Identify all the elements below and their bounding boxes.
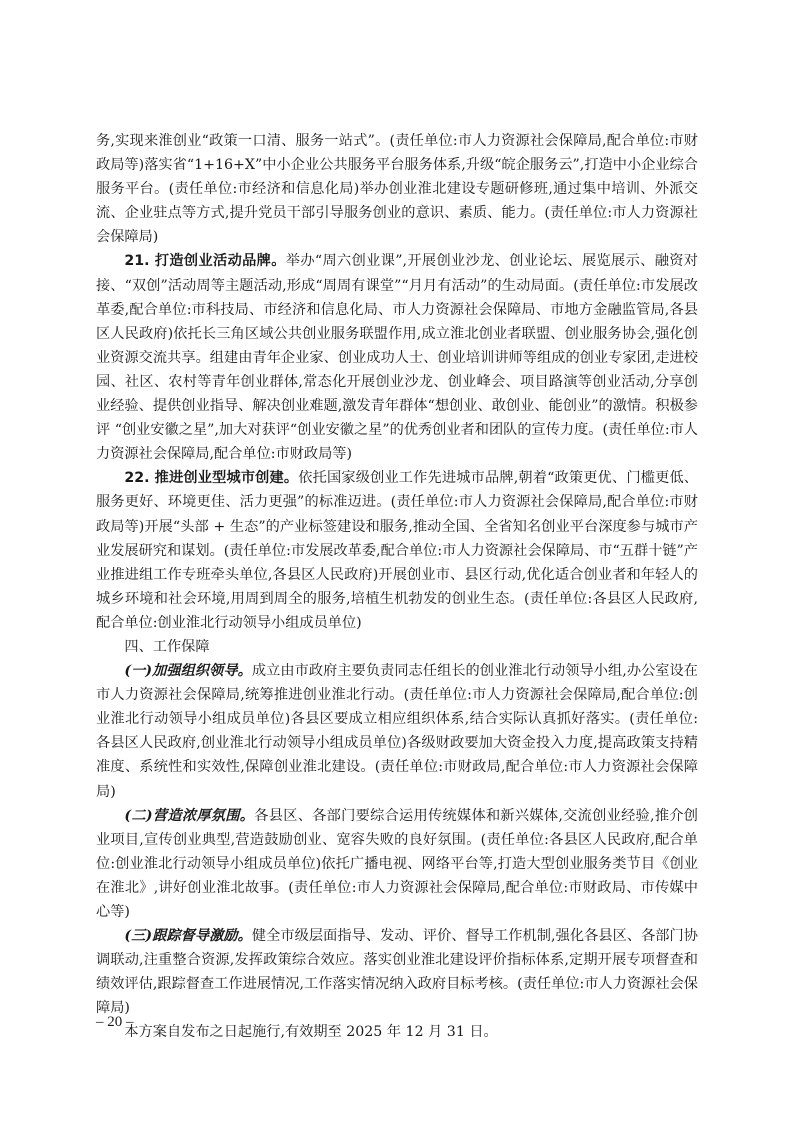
paragraph-continuation: 务,实现来淮创业“政策一口清、服务一站式”。(责任单位:市人力资源社会保障局,配… [96,129,698,249]
subitem-1: (一)加强组织领导。成立由市政府主要负责同志任组长的创业淮北行动领导小组,办公室… [96,659,698,804]
item-21-text: 举办“周六创业课”,开展创业沙龙、创业论坛、展览展示、融资对接、“双创”活动周等… [96,253,698,462]
item-21: 21. 打造创业活动品牌。举办“周六创业课”,开展创业沙龙、创业论坛、展览展示、… [96,249,698,466]
item-21-heading: 21. 打造创业活动品牌。 [124,253,285,269]
item-22-heading: 22. 推进创业型城市创建。 [124,470,298,486]
subitem-2: (二)营造浓厚氛围。各县区、各部门要综合运用传统媒体和新兴媒体,交流创业经验,推… [96,804,698,924]
closing-statement: 本方案自发布之日起施行,有效期至 2025 年 12 月 31 日。 [96,1020,698,1044]
subitem-3-heading: (三)跟踪督导激励。 [124,928,252,944]
subitem-1-text: 成立由市政府主要负责同志任组长的创业淮北行动领导小组,办公室设在市人力资源社会保… [96,663,698,799]
subitem-1-heading: (一)加强组织领导。 [124,663,252,679]
section-heading-work-guarantee: 四、工作保障 [96,635,698,659]
subitem-2-heading: (二)营造浓厚氛围。 [124,808,254,824]
document-body: 务,实现来淮创业“政策一口清、服务一站式”。(责任单位:市人力资源社会保障局,配… [96,129,698,1045]
item-22: 22. 推进创业型城市创建。依托国家级创业工作先进城市品牌,朝着“政策更优、门槛… [96,466,698,635]
subitem-2-text: 各县区、各部门要综合运用传统媒体和新兴媒体,交流创业经验,推介创业项目,宣传创业… [96,808,698,920]
item-22-text: 依托国家级创业工作先进城市品牌,朝着“政策更优、门槛更低、服务更好、环境更佳、活… [96,470,698,631]
page-number: – 20 – [96,1014,134,1031]
subitem-3: (三)跟踪督导激励。健全市级层面指导、发动、评价、督导工作机制,强化各县区、各部… [96,924,698,1020]
